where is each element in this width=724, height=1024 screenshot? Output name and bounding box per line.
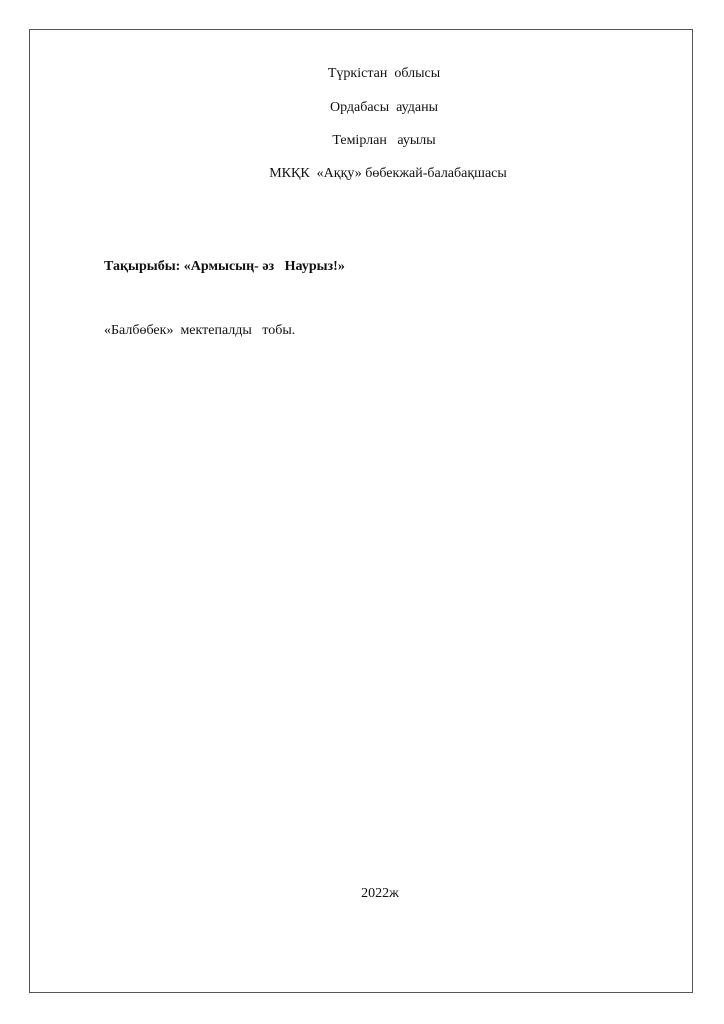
topic-title: Тақырыбы: «Армысың- әз Наурыз!» <box>104 259 345 275</box>
header-district: Ордабасы ауданы <box>22 100 724 116</box>
header-region: Түркістан облысы <box>22 66 724 82</box>
header-institution: МКҚК «Аққу» бөбекжай-балабақшасы <box>26 166 724 182</box>
group-name: «Балбөбек» мектепалды тобы. <box>104 323 295 339</box>
document-year: 2022ж <box>18 886 724 902</box>
header-village: Темірлан ауылы <box>22 133 724 149</box>
